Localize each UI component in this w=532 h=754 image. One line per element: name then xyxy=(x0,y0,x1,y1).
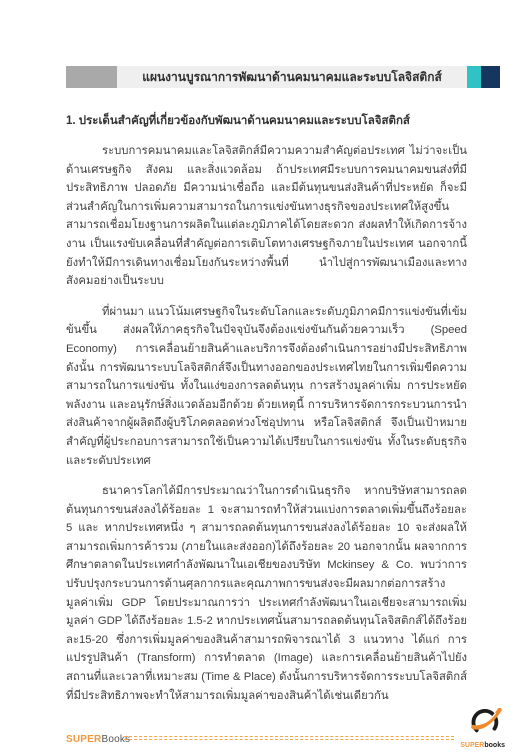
banner-gray-block xyxy=(66,66,117,88)
banner-title: แผนงานบูรณาการพัฒนาด้านคมนาคมและระบบโลจิ… xyxy=(117,66,467,88)
document-page: แผนงานบูรณาการพัฒนาด้านคมนาคมและระบบโลจิ… xyxy=(0,0,532,754)
page-content: 1. ประเด็นสำคัญที่เกี่ยวข้องกับพัฒนาด้าน… xyxy=(66,112,467,717)
header-banner: แผนงานบูรณาการพัฒนาด้านคมนาคมและระบบโลจิ… xyxy=(66,66,500,88)
brand-super-text-right: SUPER xyxy=(460,742,484,749)
paragraph-3: ธนาคารโลกได้มีการประมาณว่าในการดำเนินธุร… xyxy=(66,482,467,705)
paragraph-2: ที่ผ่านมา แนวโน้มเศรษฐกิจในระดับโลกและระ… xyxy=(66,303,467,470)
banner-navy-block xyxy=(481,66,500,88)
brand-books-text-right: books xyxy=(484,742,505,749)
footer-brand-left: SUPERBooks xyxy=(66,734,130,745)
section-heading: 1. ประเด็นสำคัญที่เกี่ยวข้องกับพัฒนาด้าน… xyxy=(66,112,467,130)
brand-super-text: SUPER xyxy=(66,734,101,745)
footer-brand-right: SUPERbooks xyxy=(460,742,505,749)
superbooks-swoosh-logo-icon xyxy=(468,704,504,738)
banner-teal-block xyxy=(467,66,481,88)
footer-dashed-rule xyxy=(124,736,454,740)
paragraph-1: ระบบการคมนาคมและโลจิสติกส์มีความความสำคั… xyxy=(66,142,467,291)
